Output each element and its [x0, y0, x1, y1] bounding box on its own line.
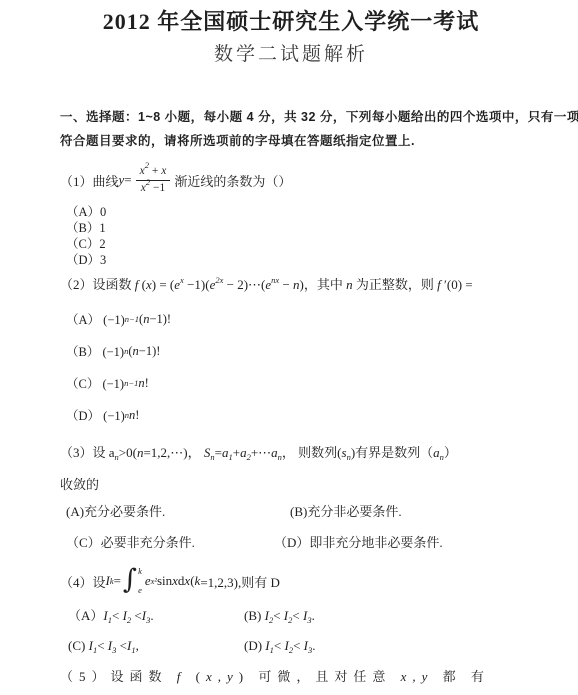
question-1-stem: （1）曲线 y = x2 + xx2 −1 渐近线的条数为（） — [60, 163, 522, 197]
question-2-option-a: （A） (−1)n−1(n−1)! — [66, 309, 522, 329]
question-4-options-row-2: (C) I1< I3 <I1, (D) I1< I2< I3. — [68, 637, 522, 654]
question-4-option-a: （A）I1< I2 <I3. — [68, 607, 244, 624]
integral-sign: ∫ke — [123, 564, 142, 598]
question-3-stem-line2: 收敛的 — [60, 473, 522, 497]
exam-title: 2012 年全国硕士研究生入学统一考试 — [60, 8, 522, 36]
question-4-option-d: (D) I1< I2< I3. — [244, 637, 316, 654]
question-3-option-a: (A)充分必要条件. — [66, 503, 290, 520]
exam-document-page: 2012 年全国硕士研究生入学统一考试 数学二试题解析 一、选择题：1~8 小题… — [0, 8, 578, 695]
question-1-options: （A）0 （B）1 （C）2 （D）3 — [60, 204, 522, 268]
question-1-option-c: （C）2 — [66, 236, 522, 252]
question-3-option-b: (B)充分非必要条件. — [290, 503, 402, 520]
question-2-stem: （2）设函数 f (x) = (ex −1)(e2x − 2)⋯(enx − n… — [60, 273, 522, 297]
question-3-options-row-2: （C）必要非充分条件. （D）即非充分地非必要条件. — [66, 534, 522, 551]
exam-subtitle: 数学二试题解析 — [60, 42, 522, 68]
question-2-option-d: （D） (−1)nn! — [66, 405, 522, 425]
question-1-option-a: （A）0 — [66, 204, 522, 220]
question-3-options-row-1: (A)充分必要条件. (B)充分非必要条件. — [66, 503, 522, 520]
instructions-line-1: 一、选择题：1~8 小题，每小题 4 分，共 32 分，下列每小题给出的四个选项… — [60, 105, 522, 129]
question-2-option-b: （B） (−1)n(n−1)! — [66, 341, 522, 361]
question-3-option-d: （D）即非充分地非必要条件. — [274, 534, 443, 551]
question-4-stem: （4）设 Ik = ∫keex² sinxdx(k=1,2,3),则有 D — [60, 563, 522, 599]
question-2-option-c: （C） (−1)n−1n! — [66, 373, 522, 393]
question-3-stem: （3）设 an>0(n=1,2,⋯)， Sn=a1+a2+⋯an， 则数列(sn… — [60, 441, 522, 465]
question-5-stem: （5）设函数 f (x,y) 可微，且对任意 x,y 都 有 — [60, 668, 522, 686]
question-3-option-c: （C）必要非充分条件. — [66, 534, 274, 551]
instructions-line-2: 符合题目要求的，请将所选项前的字母填在答题纸指定位置上. — [60, 129, 522, 153]
question-4-options-row-1: （A）I1< I2 <I3. (B) I2< I2< I3. — [68, 607, 522, 624]
question-1-option-d: （D）3 — [66, 252, 522, 268]
question-1-option-b: （B）1 — [66, 220, 522, 236]
fraction: x2 + xx2 −1 — [136, 165, 171, 194]
question-4-option-b: (B) I2< I2< I3. — [244, 607, 315, 624]
question-4-option-c: (C) I1< I3 <I1, — [68, 637, 244, 654]
section-instructions: 一、选择题：1~8 小题，每小题 4 分，共 32 分，下列每小题给出的四个选项… — [60, 105, 522, 153]
